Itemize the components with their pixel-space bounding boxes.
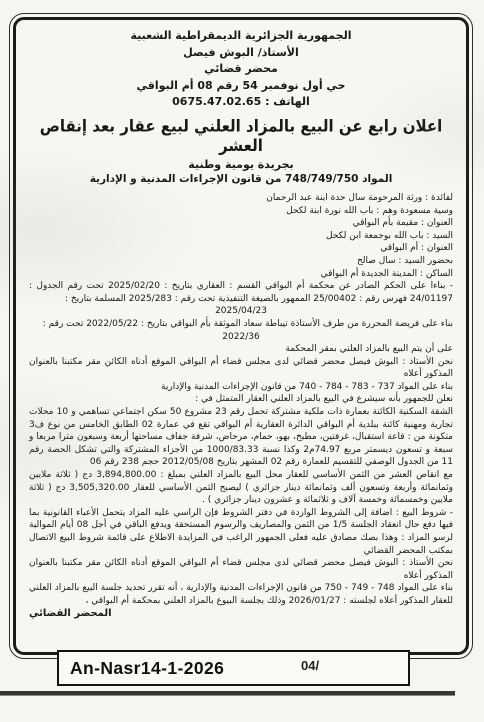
notice-border-frame: الجمهورية الجزائرية الديمقراطية الشعبية … bbox=[9, 13, 473, 659]
notice-text-line: - شروط البيع : اضافة إلى الشروط الواردة … bbox=[29, 507, 453, 557]
notice-text-line: بناء على فريضة المحررة من طرف الأستاذة ت… bbox=[29, 318, 453, 331]
page-number: 04/ bbox=[301, 658, 319, 673]
subtitle-law-articles: المواد 748/749/750 من قانون الإجراءات ال… bbox=[29, 172, 453, 187]
notice-text-line: نحن الأستاذ : البوش فيصل محضر قضائي لدى … bbox=[29, 557, 453, 582]
subtitle-newspaper: بجريدة يومية وطنية bbox=[29, 157, 453, 172]
scanned-legal-notice: الجمهورية الجزائرية الديمقراطية الشعبية … bbox=[0, 0, 484, 722]
notice-text-line: لفائدة : ورثة المرحومة سال حدة ابنة عبد … bbox=[29, 192, 453, 205]
office-phone: الهاتف : 0675.47.02.65 bbox=[29, 94, 453, 111]
notice-title: اعلان رابع عن البيع بالمزاد العلني لبيع … bbox=[29, 117, 453, 156]
notice-content-area: الجمهورية الجزائرية الديمقراطية الشعبية … bbox=[13, 17, 469, 655]
newspaper-stamp-box: An-Nasr14-1-2026 04/ bbox=[57, 650, 410, 686]
notice-text-line: على أن يتم البيع بالمزاد العلني بمقر الم… bbox=[29, 343, 453, 356]
bottom-divider-rule bbox=[0, 691, 455, 696]
republic-line: الجمهورية الجزائرية الديمقراطية الشعبية bbox=[29, 28, 453, 45]
notice-text-line: العنوان : مقيمة بأم البواقي bbox=[29, 217, 453, 230]
notice-body: لفائدة : ورثة المرحومة سال حدة ابنة عبد … bbox=[29, 192, 453, 620]
notice-text-line: 2025/04/23 bbox=[29, 305, 453, 318]
office-address: حي أول نوفمبر 54 رقم 08 أم البواقي bbox=[29, 78, 453, 95]
notice-text-line: 2022/36 bbox=[29, 331, 453, 344]
notice-text-line: نحن الأستاذ : البوش فيصل محضر قضائي لدى … bbox=[29, 356, 453, 381]
notice-text-line: مع انقاص العشر من الثمن الأساسي للعقار م… bbox=[29, 469, 453, 507]
bailiff-role: محضر قضائي bbox=[29, 61, 453, 78]
newspaper-name-date: An-Nasr14-1-2026 bbox=[70, 658, 224, 679]
notice-text-line: العنوان : أم البواقي bbox=[29, 242, 453, 255]
notice-text-line: الشقة السكنية الكائنة بعمارة ذات ملكية م… bbox=[29, 406, 453, 469]
notice-text-line: بحضور السيد : سال صالح bbox=[29, 255, 453, 268]
notice-text-line: وسية مسعودة وهم : باب الله نورة ابنة لكح… bbox=[29, 205, 453, 218]
notice-text-line: بناء على المواد 737 - 783 - 784 - 740 من… bbox=[29, 381, 453, 394]
notice-text-line: المحضر القضائي bbox=[29, 608, 453, 621]
notice-text-line: بناء على المواد 748 - 749 - 750 من قانون… bbox=[29, 582, 453, 607]
notice-text-line: نعلن للجمهور بأنه سيشرع في البيع بالمزاد… bbox=[29, 393, 453, 406]
bailiff-name: الأستاذ/ البوش فيصل bbox=[29, 45, 453, 62]
notice-text-line: الساكن : المدينة الجديدة أم البواقي bbox=[29, 268, 453, 281]
notice-text-line: السيد : باب الله بوجمعة ابن لكحل bbox=[29, 230, 453, 243]
header-block: الجمهورية الجزائرية الديمقراطية الشعبية … bbox=[29, 28, 453, 111]
notice-text-line: - بناءا على الحكم الصادر عن محكمة أم الب… bbox=[29, 280, 453, 305]
